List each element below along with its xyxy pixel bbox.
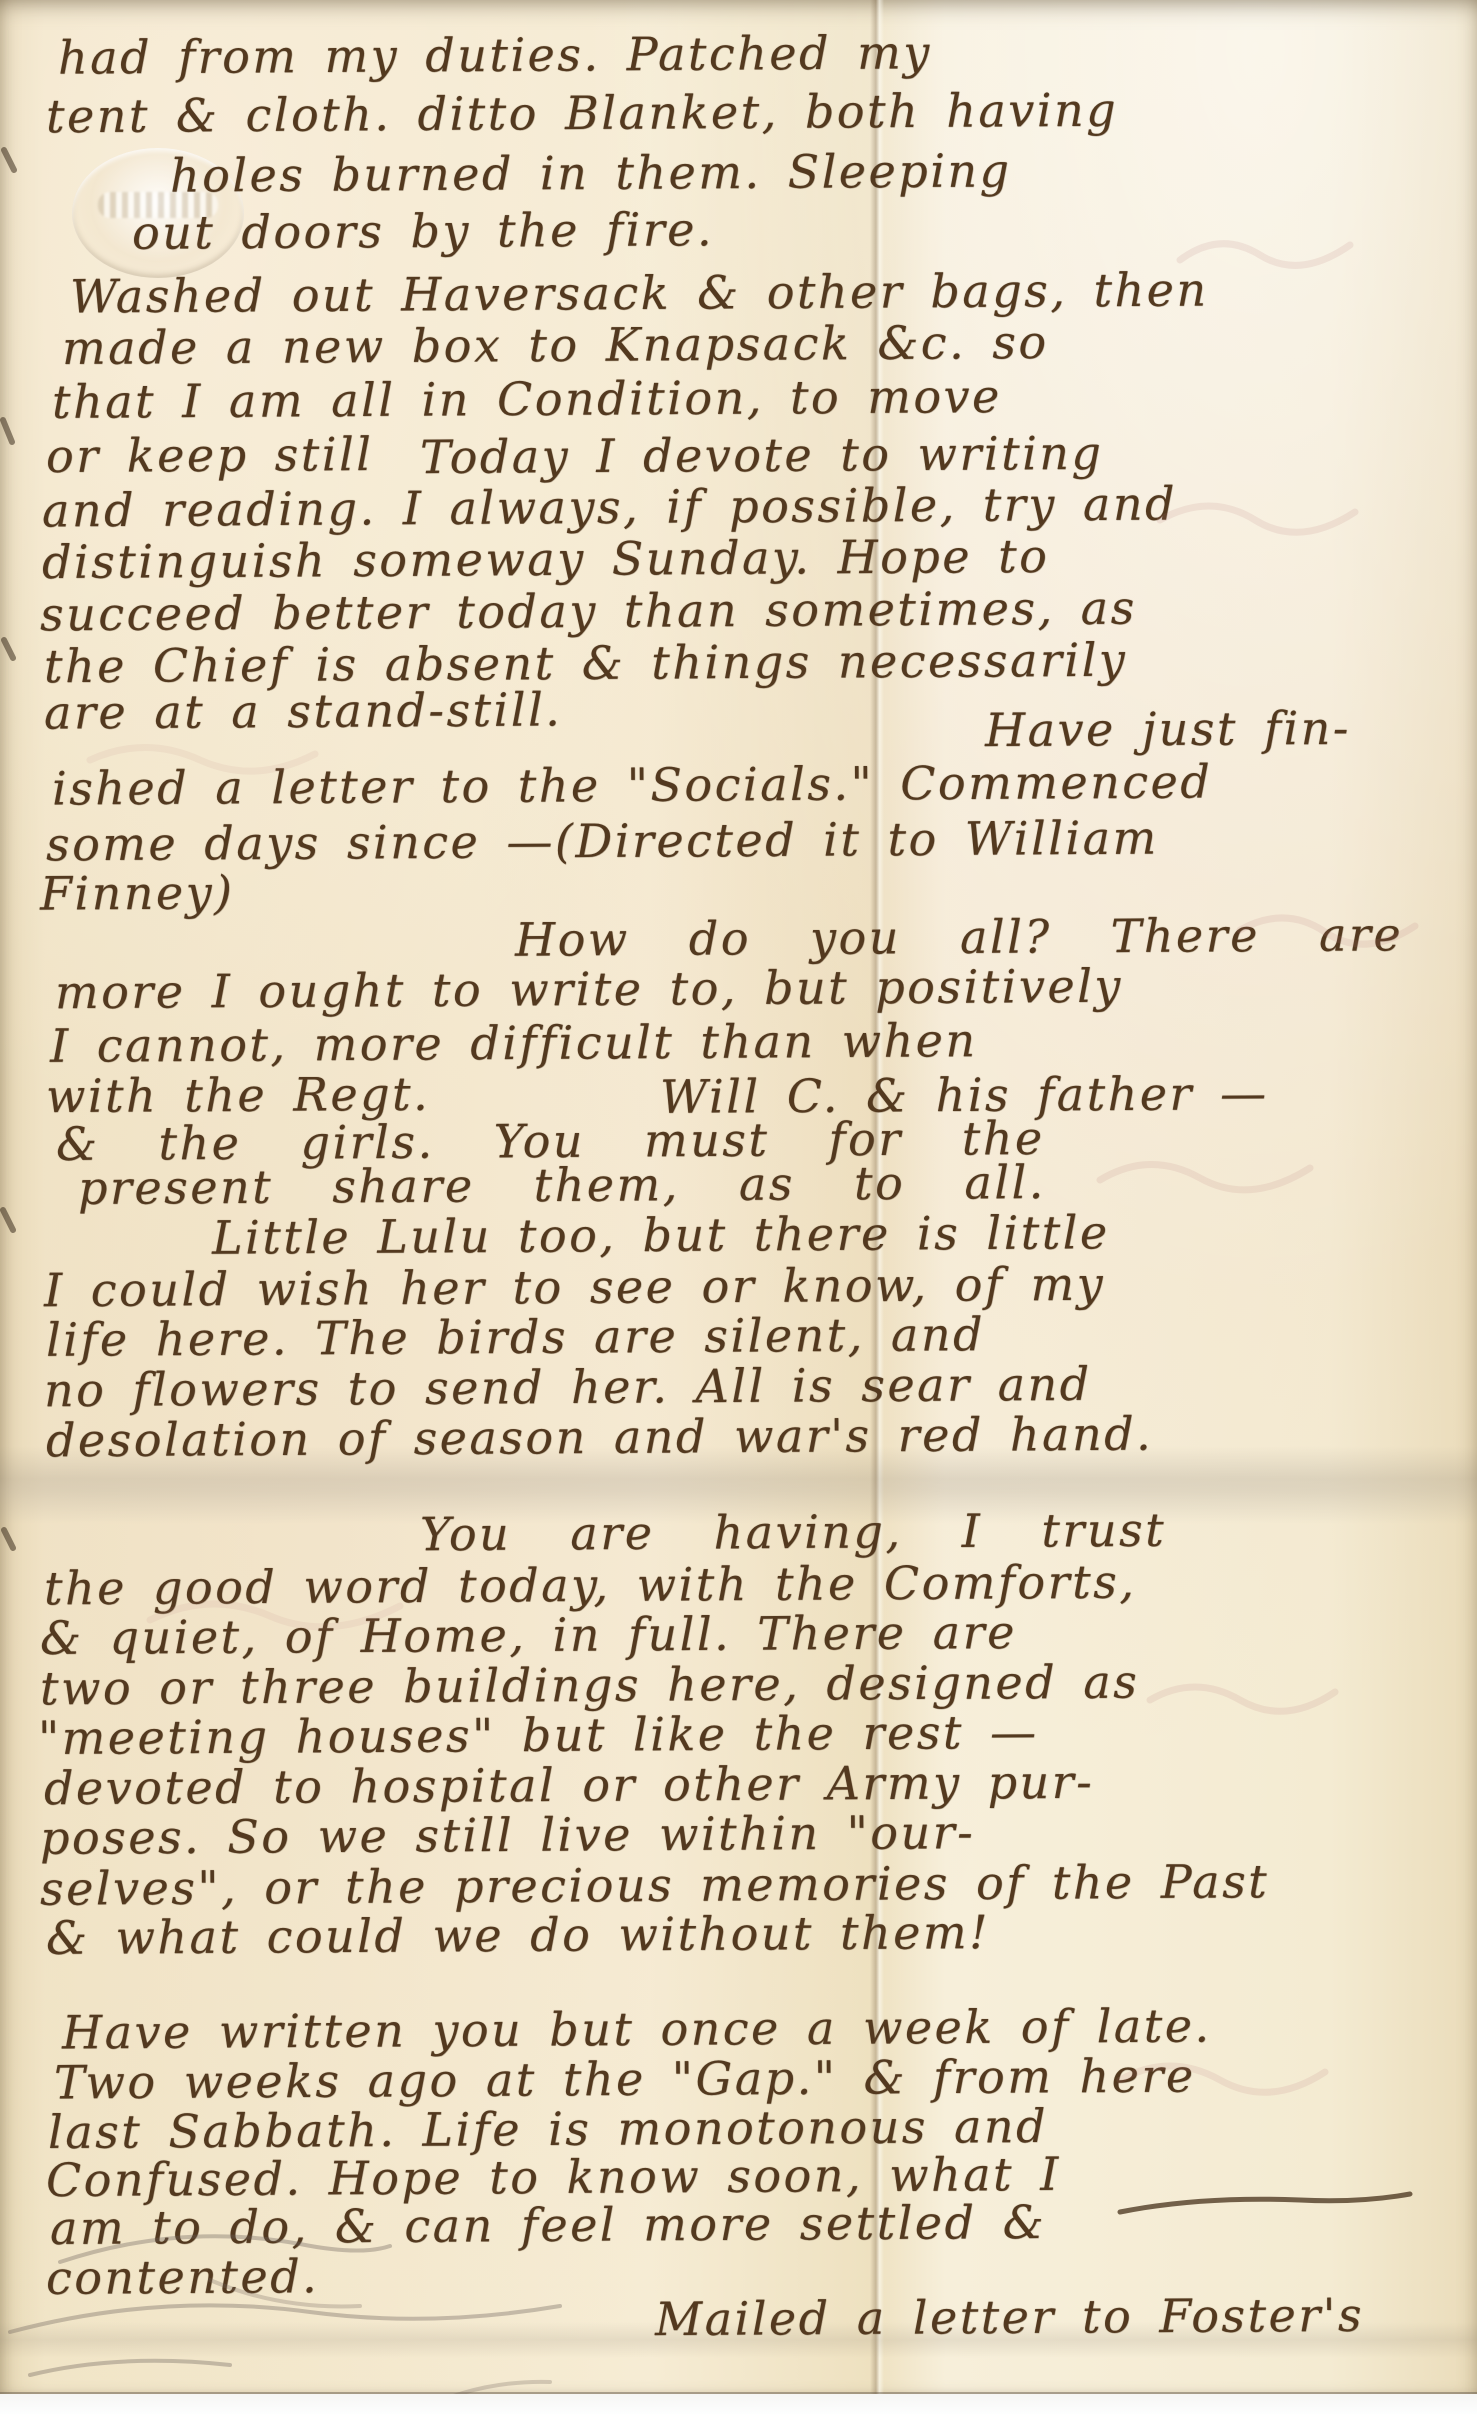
letter-line: some days since —(Directed it to William: [46, 811, 1159, 872]
letter-line: poses. So we still live within "our-: [40, 1805, 975, 1865]
letter-line: made a new box to Knapsack &c. so: [62, 315, 1049, 375]
letter-line: that I am all in Condition, to move: [52, 369, 1002, 429]
letter-line: am to do, & can feel more settled &: [50, 2195, 1046, 2255]
scan-background-strip: [0, 2394, 1477, 2414]
scanned-letter-canvas: had from my duties. Patched my tent & cl…: [0, 0, 1477, 2414]
letter-line: Have just fin-: [985, 701, 1351, 757]
letter-line: out doors by the fire.: [132, 202, 714, 260]
letter-line: or keep still: [46, 427, 374, 483]
letter-line: distinguish someway Sunday. Hope to: [42, 529, 1050, 589]
letter-line: ished a letter to the "Socials." Commenc…: [52, 754, 1212, 815]
letter-line: Little Lulu too, but there is little: [212, 1205, 1110, 1264]
letter-line: contented.: [46, 2249, 320, 2305]
letter-line: had from my duties. Patched my: [58, 25, 932, 84]
letter-line: Finney): [40, 865, 235, 920]
letter-line: desolation of season and war's red hand.: [46, 1407, 1154, 1468]
letter-line: more I ought to write to, but positively: [55, 959, 1123, 1020]
letter-line: How do you all? There are: [515, 907, 1403, 966]
letter-line: are at a stand-still.: [44, 682, 563, 739]
letter-line: I cannot, more difficult than when: [50, 1013, 978, 1073]
letter-line: holes burned in them. Sleeping: [170, 143, 1012, 202]
letter-line: & what could we do without them!: [46, 1905, 990, 1965]
letter-line: tent & cloth. ditto Blanket, both having: [46, 83, 1118, 144]
letter-line: Mailed a letter to Foster's: [655, 2288, 1364, 2346]
letter-line: succeed better today than sometimes, as: [40, 581, 1137, 642]
letter-line: Today I devote to writing: [420, 426, 1104, 484]
letter-line: You are having, I trust: [420, 1503, 1166, 1562]
